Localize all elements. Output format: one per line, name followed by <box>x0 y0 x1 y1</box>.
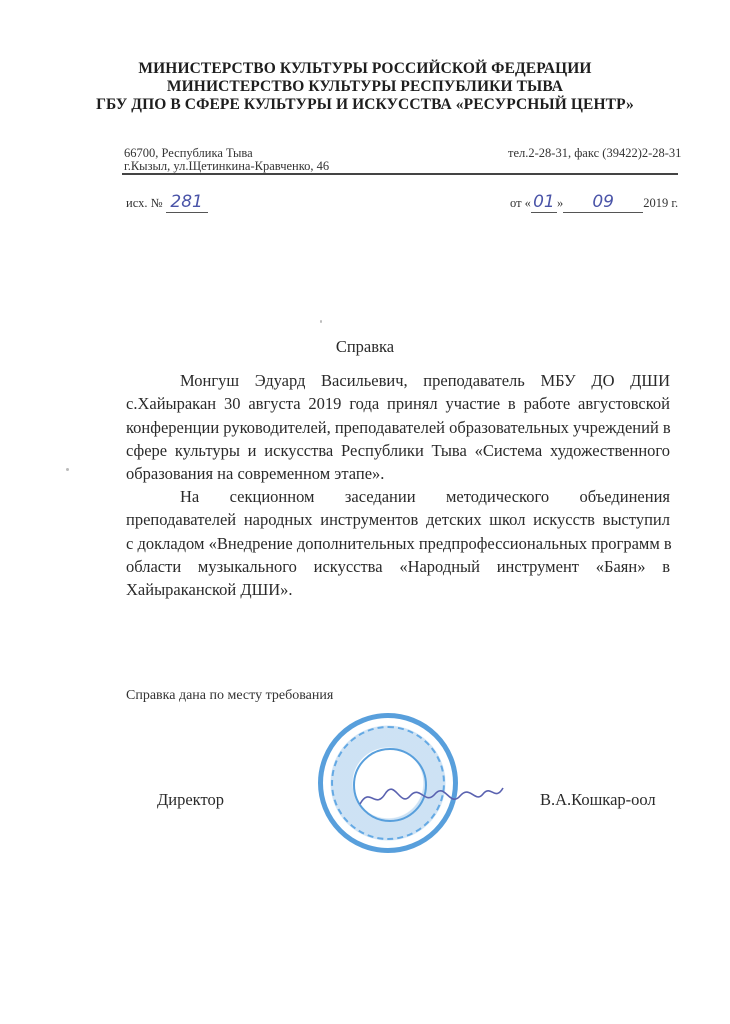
paragraph-2-line: преподавателей народных инструментов дет… <box>126 508 670 531</box>
outgoing-number-label: исх. № <box>126 196 163 210</box>
date-year: 2019 г. <box>643 196 678 210</box>
scan-speck <box>320 320 322 323</box>
ministry-header-line-1: МИНИСТЕРСТВО КУЛЬТУРЫ РОССИЙСКОЙ ФЕДЕРАЦ… <box>0 60 730 78</box>
paragraph-1: Монгуш Эдуард Васильевич, преподаватель … <box>126 369 670 485</box>
date-day: 01 <box>531 192 557 213</box>
paragraph-2-line: области музыкального искусства «Народный… <box>126 555 670 578</box>
signatory-name: В.А.Кошкар-оол <box>540 790 656 810</box>
paragraph-2: На секционном заседании методического об… <box>126 485 670 601</box>
signatory-position: Директор <box>157 790 224 810</box>
document-title: Справка <box>0 337 730 357</box>
outgoing-number-field: исх. № 281 <box>126 192 208 213</box>
paragraph-1-line: Монгуш Эдуард Васильевич, преподаватель … <box>126 369 670 392</box>
outgoing-number-value: 281 <box>166 192 208 213</box>
date-prefix: от « <box>510 196 531 210</box>
organization-header-line: ГБУ ДПО В СФЕРЕ КУЛЬТУРЫ И ИСКУССТВА «РЕ… <box>0 96 730 114</box>
header-divider <box>122 173 678 175</box>
scan-speck <box>66 468 69 471</box>
document-date-field: от «01»092019 г. <box>510 192 678 213</box>
paragraph-1-line: образования на современном этапе». <box>126 462 670 485</box>
paragraph-2-line: На секционном заседании методического об… <box>126 485 670 508</box>
signature-scribble <box>355 782 505 812</box>
ministry-header-line-2: МИНИСТЕРСТВО КУЛЬТУРЫ РЕСПУБЛИКИ ТЫВА <box>0 78 730 96</box>
paragraph-1-line: сфере культуры и искусства Республики Ты… <box>126 439 670 462</box>
paragraph-1-line: с.Хайыракан 30 августа 2019 года принял … <box>126 392 670 415</box>
phone-fax: тел.2-28-31, факс (39422)2-28-31 <box>508 146 681 161</box>
paragraph-2-line: Хайыраканской ДШИ». <box>126 578 670 601</box>
certificate-note: Справка дана по месту требования <box>126 688 333 704</box>
paragraph-2-line: с докладом «Внедрение дополнительных пре… <box>126 532 670 555</box>
date-month: 09 <box>563 192 643 213</box>
address-line-2: г.Кызыл, ул.Щетинкина-Кравченко, 46 <box>124 159 329 174</box>
paragraph-1-line: конференции руководителей, преподавателе… <box>126 416 670 439</box>
